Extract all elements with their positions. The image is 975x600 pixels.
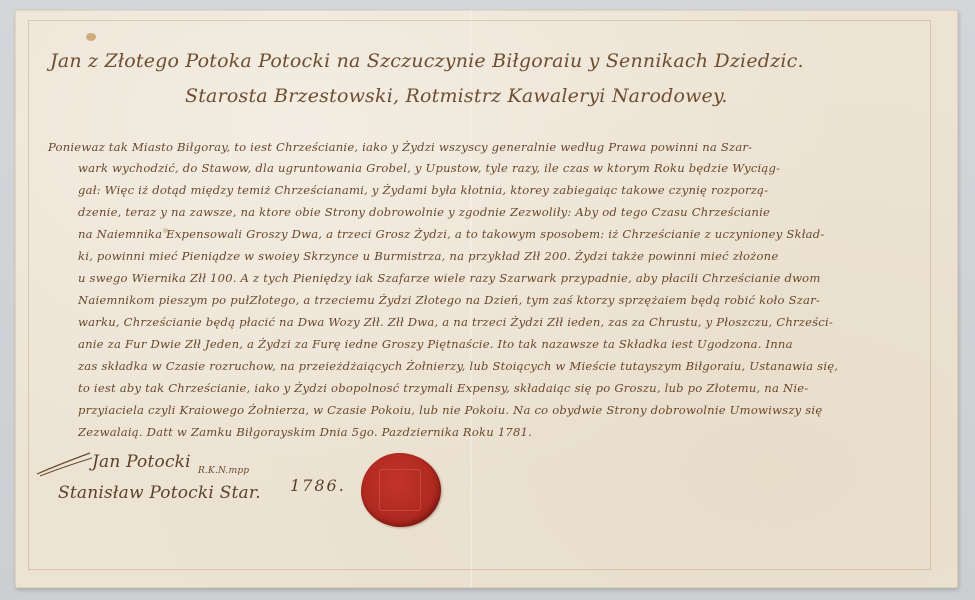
body-line: wark wychodzić, do Stawow, dla ugruntowa… <box>78 161 780 175</box>
signature-annotation: R.K.N.mpp <box>198 466 249 476</box>
wax-seal <box>361 453 441 527</box>
ink-stain <box>86 33 96 41</box>
seal-emblem-icon <box>379 469 421 511</box>
body-line: to iest aby tak Chrześcianie, iako y Żyd… <box>78 381 808 395</box>
signature-year: 1786. <box>290 476 346 495</box>
body-line: warku, Chrześcianie będą płacić na Dwa W… <box>78 315 833 329</box>
body-line: przyiaciela czyli Kraiowego Żołnierza, w… <box>78 403 822 417</box>
body-line: zas składka w Czasie rozruchow, na przei… <box>78 359 838 373</box>
heading-line-1: Jan z Złotego Potoka Potocki na Szczuczy… <box>50 50 804 72</box>
signature-jan-potocki: Jan Potocki <box>92 452 191 472</box>
body-line: ki, powinni mieć Pieniądze w swoiey Skrz… <box>78 249 778 263</box>
signature-flourish <box>35 448 95 478</box>
body-line: gał: Więc iż dotąd między temiż Chrześci… <box>78 183 768 197</box>
body-line: Naiemnikom pieszym po pułZłotego, a trze… <box>78 293 820 307</box>
body-line: na Naiemnika Expensowali Groszy Dwa, a t… <box>78 227 825 241</box>
body-line: Zezwalaią. Datt w Zamku Biłgorayskim Dni… <box>78 425 532 439</box>
body-line: dzenie, teraz y na zawsze, na ktore obie… <box>78 205 770 219</box>
heading-line-2: Starosta Brzestowski, Rotmistrz Kawalery… <box>185 85 728 107</box>
signature-stanislaw-potocki: Stanisław Potocki Star. <box>58 483 261 503</box>
body-line: Poniewaz tak Miasto Biłgoray, to iest Ch… <box>48 140 752 154</box>
body-line: anie za Fur Dwie Złł Jeden, a Żydzi za F… <box>78 337 793 351</box>
body-line: u swego Wiernika Złł 100. A z tych Pieni… <box>78 271 821 285</box>
